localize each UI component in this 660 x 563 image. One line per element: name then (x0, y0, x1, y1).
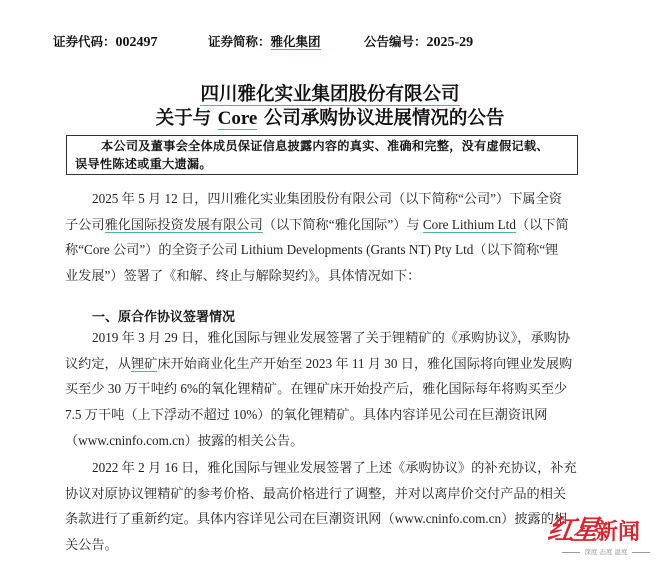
red-star-news-watermark: 红星新闻 深度 态度 温度 (548, 508, 660, 563)
announcement-meta-row: 证券代码：002497 证券简称：雅化集团 公告编号：2025-29 (0, 32, 660, 52)
paragraph-line: 议约定，从锂矿床开始商业化生产开始至 2023 年 11 月 30 日，雅化国际… (65, 351, 585, 377)
text-span: 床开始商业化生产开始至 2023 年 11 月 30 日，雅化国际将向锂业发展购 (157, 356, 572, 371)
watermark-slogan: 深度 态度 温度 (554, 547, 658, 556)
paragraph-line: 关公告。 (65, 532, 585, 558)
notice-line-2: 误导性陈述或重大遗漏。 (75, 155, 577, 173)
announcement-no-label: 公告编号： (364, 34, 427, 49)
watermark-brand-script: 红星 (545, 508, 598, 547)
paragraph-line: 买至少 30 万干吨约 6%的氧化锂精矿。在锂矿床开始投产后，雅化国际每年将购买… (65, 376, 585, 402)
stock-abbr-label: 证券简称： (208, 34, 271, 49)
stock-code-value: 002497 (116, 35, 158, 50)
announcement-no-value: 2025-29 (427, 35, 474, 50)
document-title-company: 四川雅化实业集团股份有限公司 (0, 80, 660, 106)
paragraph-line: 条款进行了重新约定。具体内容详见公司在巨潮资讯网（www.cninfo.com.… (65, 506, 585, 532)
board-guarantee-notice: 本公司及董事会全体成员保证信息披露内容的真实、准确和完整，没有虚假记载、 误导性… (66, 135, 578, 175)
document-title-subject: 关于与 Core 公司承购协议进展情况的公告 (0, 104, 660, 130)
company-name-link[interactable]: 四川雅化实业集团股份有限公司 (200, 84, 459, 106)
notice-line-1: 本公司及董事会全体成员保证信息披露内容的真实、准确和完整，没有虚假记载、 (75, 137, 577, 155)
paragraph-line: 2025 年 5 月 12 日，四川雅化实业集团股份有限公司（以下简称“公司”）… (65, 186, 585, 212)
core-company-link[interactable]: Core (218, 108, 258, 130)
yahua-international-link[interactable]: 雅化国际投资发展有限公司 (105, 217, 263, 233)
lithium-mine-link[interactable]: 锂矿 (131, 356, 157, 372)
paragraph-line: 2022 年 2 月 16 日，雅化国际与锂业发展签署了上述《承购协议》的补充协… (65, 455, 585, 481)
paragraph-intro: 2025 年 5 月 12 日，四川雅化实业集团股份有限公司（以下简称“公司”）… (65, 186, 585, 289)
paragraph-supplementary-agreement: 2022 年 2 月 16 日，雅化国际与锂业发展签署了上述《承购协议》的补充协… (65, 455, 585, 558)
paragraph-line: 业发展”）签署了《和解、终止与解除契约》。具体情况如下： (65, 263, 585, 289)
core-lithium-link[interactable]: Core Lithium Ltd (423, 217, 516, 233)
paragraph-line: 称“Core 公司”）的全资子公司 Lithium Developments (… (65, 237, 585, 263)
stock-abbreviation: 证券简称：雅化集团 (208, 32, 321, 50)
text-span: 子公司 (65, 217, 105, 232)
watermark-brand-news: 新闻 (596, 519, 640, 545)
announcement-number: 公告编号：2025-29 (364, 32, 473, 51)
paragraph-line: 2019 年 3 月 29 日，雅化国际与锂业发展签署了关于锂精矿的《承购协议》… (65, 325, 585, 351)
paragraph-offtake-agreement: 2019 年 3 月 29 日，雅化国际与锂业发展签署了关于锂精矿的《承购协议》… (65, 325, 585, 454)
text-span: （以下简称“雅化国际”）与 (263, 217, 423, 232)
text-span: （以下简 (516, 217, 569, 232)
paragraph-line: 子公司雅化国际投资发展有限公司（以下简称“雅化国际”）与 Core Lithiu… (65, 212, 585, 238)
paragraph-line: 协议对原协议锂精矿的参考价格、最高价格进行了调整，并对以离岸价交付产品的相关 (65, 481, 585, 507)
title-suffix: 公司承购协议进展情况的公告 (264, 108, 505, 129)
paragraph-line: （www.cninfo.com.cn）披露的相关公告。 (65, 428, 585, 454)
stock-abbr-link[interactable]: 雅化集团 (271, 34, 321, 50)
stock-code-label: 证券代码： (53, 34, 116, 49)
section-heading-original-agreement: 一、原合作协议签署情况 (92, 306, 235, 325)
paragraph-line: 7.5 万干吨（上下浮动不超过 10%）的氧化锂精矿。具体内容详见公司在巨潮资讯… (65, 402, 585, 428)
watermark-logo: 红星新闻 (548, 508, 640, 547)
title-prefix: 关于与 (156, 108, 212, 129)
stock-code: 证券代码：002497 (53, 32, 158, 51)
text-span: 议约定，从 (65, 356, 131, 371)
